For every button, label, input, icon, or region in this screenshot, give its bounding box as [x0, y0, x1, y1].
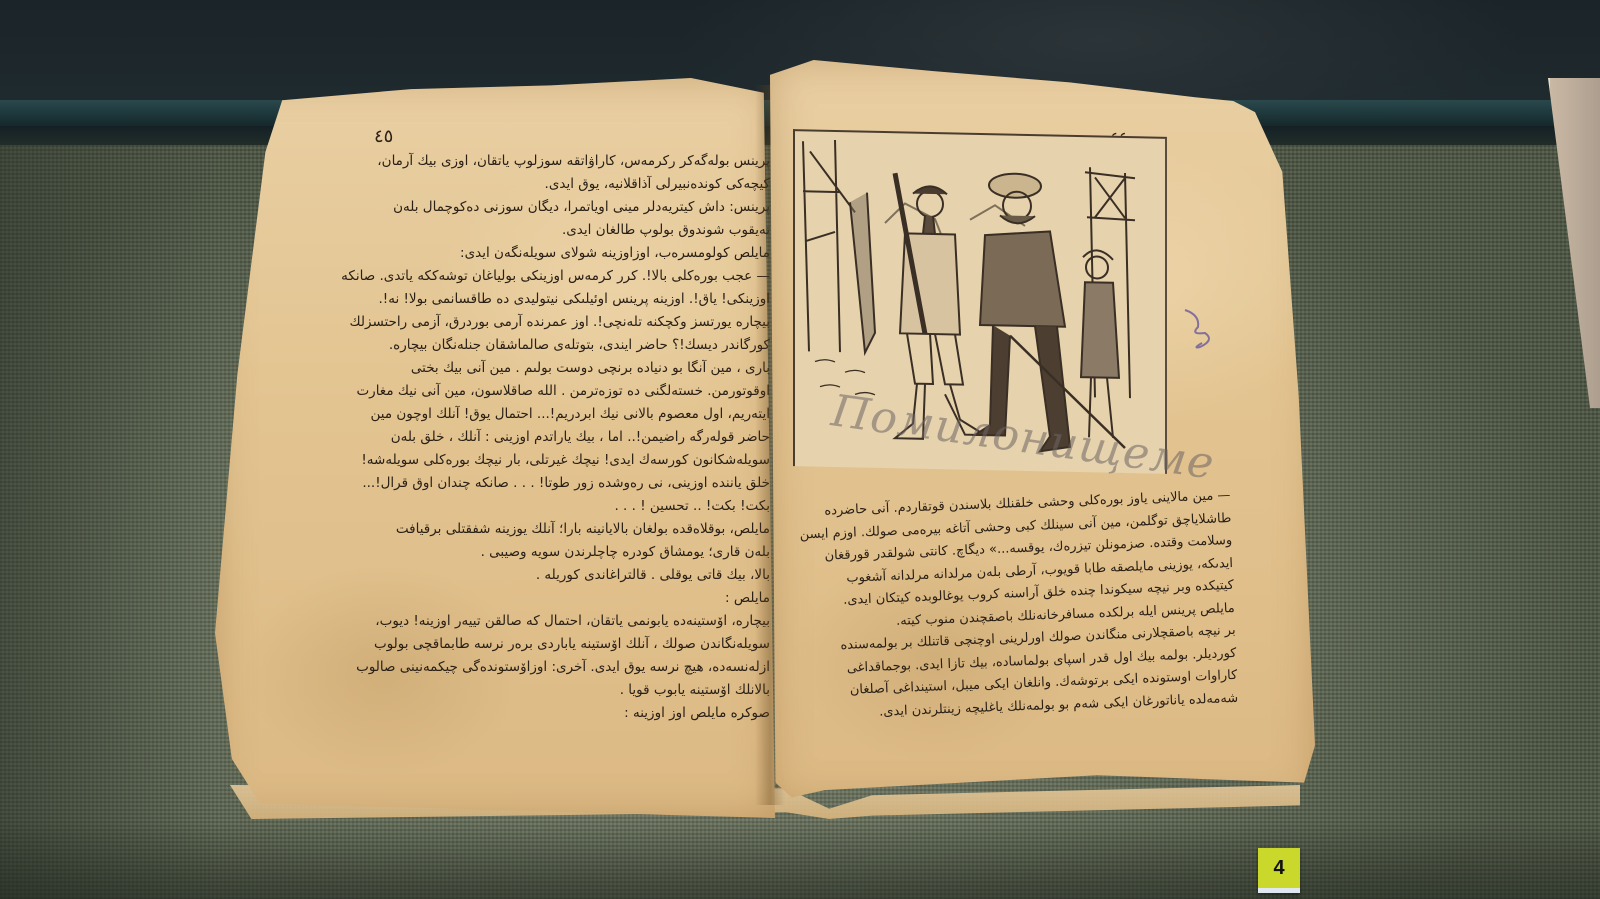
- right-page-text: — مين مالاينى ياوز بورەكلى وحشى خلقنلك ب…: [790, 485, 1238, 727]
- text-line: تەيقوب شوندوق بولوپ طالغان ايدى.: [300, 219, 770, 242]
- left-page-text: پرينس بولەگەكر ركرمەس، كاراۋاتقە سوزلوپ …: [300, 150, 770, 725]
- text-line: ازلەنسەدە، هيچ نرسە يوق ايدى. آخرى: اوزا…: [300, 656, 770, 679]
- text-line: كيچەكى كوندەنبيرلى آذاقلانيە، يوق ايدى.: [300, 173, 770, 196]
- text-line: اوزينكى! ياق!. اوزينە پرينس اوئيلىكى نيت…: [300, 288, 770, 311]
- text-line: سويلەشكانون كورسەك ايدى! نيچك غيرتلى، با…: [300, 449, 770, 472]
- text-line: مايلص، بوقلاەقدە بولغان بالايانينە بارا؛…: [300, 518, 770, 541]
- open-book: ٤٥ پرينس بولەگەكر ركرمەس، كاراۋاتقە سوزل…: [0, 0, 1600, 899]
- text-line: صوكرە مايلص اوز اوزينە :: [300, 702, 770, 725]
- text-line: بلەن قارى؛ يومشاق كودرە چاچلرندن سويە وص…: [300, 541, 770, 564]
- text-line: خلق ياننده اوزينى، نى رەوشدە زور طوتا! .…: [300, 472, 770, 495]
- text-line: ايتەريم، اول معصوم بالانى نيك ابردريم!..…: [300, 403, 770, 426]
- text-line: بارى ، مين آنگا بو دنيادە برنچى دوست بول…: [300, 357, 770, 380]
- text-line: پرينس بولەگەكر ركرمەس، كاراۋاتقە سوزلوپ …: [300, 150, 770, 173]
- museum-display-scene: ٤٥ پرينس بولەگەكر ركرمەس، كاراۋاتقە سوزل…: [0, 0, 1600, 899]
- text-line: سويلەنگاندن صولك ، آنلك اۆستينە ياباردى …: [300, 633, 770, 656]
- text-line: مايلص :: [300, 587, 770, 610]
- text-line: بالا، بيك قاتى يوقلى . قالتراغاندى كوريل…: [300, 564, 770, 587]
- exhibit-number-label: 4: [1258, 848, 1300, 893]
- text-line: پرينس: داش كيتريەدلر مينى اوياتمرا، ديگا…: [300, 196, 770, 219]
- text-line: كورگاندر ديسك!؟ حاضر ايندى، بتوتلەى صالم…: [300, 334, 770, 357]
- text-line: بالانلك اۆستينە يابوب قويا .: [300, 679, 770, 702]
- left-page-number: ٤٥: [374, 126, 393, 147]
- ink-scribble-icon: [1180, 305, 1220, 355]
- text-line: مايلص كولومسرەب، اوزاوزينە شولاى سويلەنگ…: [300, 242, 770, 265]
- text-line: حاضر قولەرگە راضيمن!.. اما ، بيك ياراتدم…: [300, 426, 770, 449]
- text-line: — عجب بورەكلى بالا!. كرر كرمەس اوزينكى ب…: [300, 265, 770, 288]
- text-line: بيچارە يورتسز وكچكنە تلەنچى!. اوز عمرندە…: [300, 311, 770, 334]
- text-line: اوقوتورمن. خستەلگنى دە توزەترمن . الله ص…: [300, 380, 770, 403]
- text-line: بيچارە، اۆستينەدە يابونمى ياتقان، احتمال…: [300, 610, 770, 633]
- text-line: بكت! بكت! .. تحسين ! . . .: [300, 495, 770, 518]
